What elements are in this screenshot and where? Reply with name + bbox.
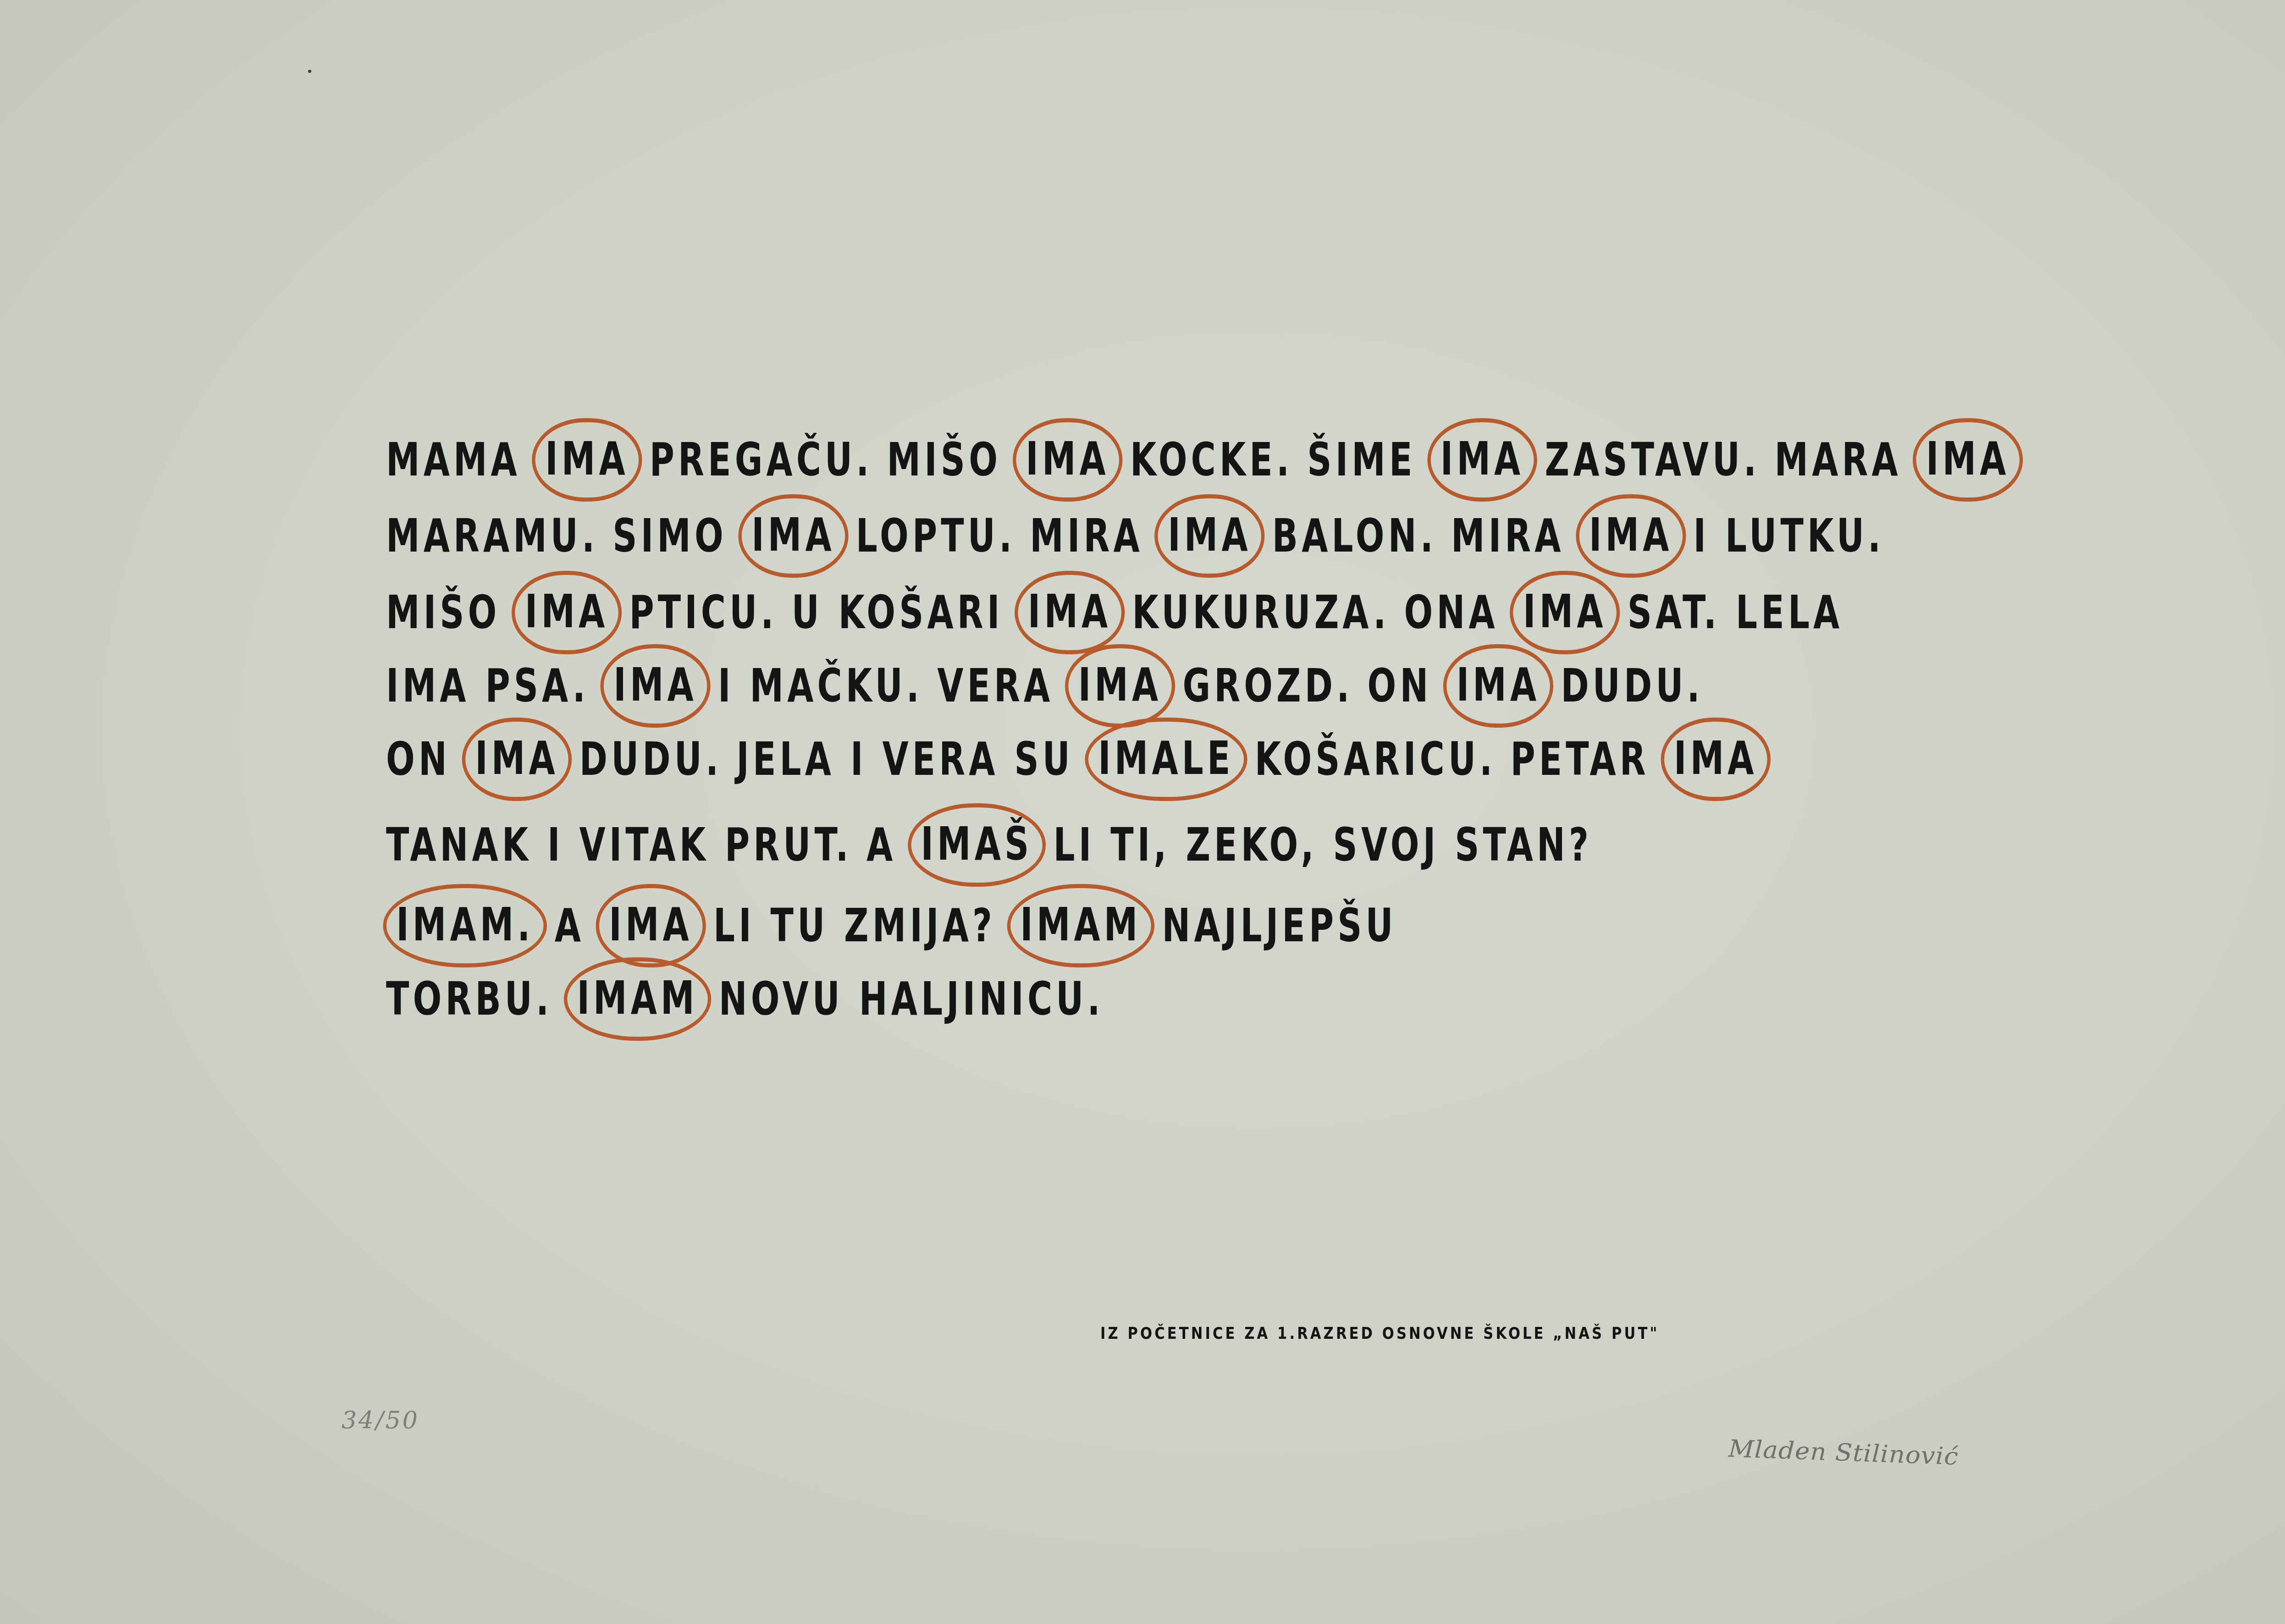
text-segment: MAMA: [386, 437, 521, 483]
text-segment: LI TU ZMIJA?: [713, 903, 996, 949]
circled-word: IMA: [1427, 418, 1537, 502]
text-segment: ŠIME: [1307, 437, 1416, 483]
edition-number: 34/50: [342, 1407, 419, 1434]
text-segment: ON: [1368, 663, 1432, 709]
text-segment: PREGAČU.: [650, 437, 873, 483]
circled-word: IMA: [1576, 494, 1686, 578]
circled-word: IMA: [596, 884, 706, 967]
text-segment: JELA I VERA SU: [736, 736, 1074, 782]
text-segment: U KOŠARI: [792, 590, 1004, 635]
text-segment: GROZD.: [1182, 663, 1353, 709]
text-segment: MARA: [1775, 437, 1902, 483]
circled-word: IMA: [512, 571, 622, 654]
text-segment: ONA: [1404, 590, 1499, 635]
text-segment: SIMO: [613, 513, 727, 559]
text-segment: LOPTU.: [856, 513, 1016, 559]
circled-word: IMA: [1510, 571, 1620, 654]
text-segment: IMA PSA.: [386, 663, 589, 709]
text-segment: MIŠO: [887, 437, 1001, 483]
circled-word: IMA: [1013, 418, 1123, 502]
circled-word: IMA: [1015, 571, 1125, 654]
artwork-text-block: MAMAIMAPREGAČU.MIŠOIMAKOCKE.ŠIMEIMAZASTA…: [0, 0, 2285, 1624]
text-segment: I LUTKU.: [1694, 513, 1885, 559]
text-line: ONIMADUDU.JELA I VERA SUIMALEKOŠARICU.PE…: [386, 718, 1778, 801]
circled-word: IMAŠ: [908, 803, 1046, 887]
circled-word: IMA: [462, 718, 572, 801]
circled-word: IMAM.: [383, 884, 547, 967]
circled-word: IMAM: [1007, 884, 1155, 967]
circled-word: IMALE: [1085, 718, 1247, 801]
text-line: TANAK I VITAK PRUT.AIMAŠLI TI, ZEKO, SVO…: [386, 803, 1606, 887]
text-segment: VERA: [937, 663, 1054, 709]
text-segment: LI TI, ZEKO, SVOJ STAN?: [1053, 822, 1592, 868]
circled-word: IMA: [1913, 418, 2023, 502]
text-segment: A: [867, 822, 896, 868]
source-caption: IZ POČETNICE ZA 1.RAZRED OSNOVNE ŠKOLE „…: [1100, 1324, 1659, 1343]
text-line: IMA PSA.IMAI MAČKU.VERAIMAGROZD.ONIMADUD…: [386, 644, 1718, 728]
circled-word: IMA: [738, 494, 848, 578]
text-segment: A: [555, 903, 585, 949]
circled-word: IMA: [1065, 644, 1175, 728]
text-segment: PTICU.: [629, 590, 777, 635]
text-segment: PETAR: [1510, 736, 1649, 782]
text-segment: BALON.: [1272, 513, 1437, 559]
text-segment: MIRA: [1451, 513, 1565, 559]
text-segment: I MAČKU.: [718, 663, 923, 709]
text-segment: SAT. LELA: [1628, 590, 1843, 635]
circled-word: IMA: [1661, 718, 1771, 801]
text-segment: NAJLJEPŠU: [1162, 903, 1397, 949]
circled-word: IMA: [1154, 494, 1264, 578]
text-segment: ZASTAVU.: [1545, 437, 1761, 483]
text-segment: MIRA: [1030, 513, 1143, 559]
circled-word: IMA: [1443, 644, 1553, 728]
text-segment: KOCKE.: [1130, 437, 1293, 483]
text-segment: DUDU.: [1561, 663, 1703, 709]
text-segment: MARAMU.: [386, 513, 598, 559]
circled-word: IMAM: [564, 957, 712, 1041]
text-line: MAMAIMAPREGAČU.MIŠOIMAKOCKE.ŠIMEIMAZASTA…: [386, 418, 2031, 502]
text-segment: TANAK I VITAK PRUT.: [386, 822, 852, 868]
text-segment: NOVU HALJINICU.: [719, 976, 1104, 1022]
text-line: IMAM.AIMALI TU ZMIJA?IMAMNAJLJEPŠU: [386, 884, 1411, 967]
text-line: TORBU.IMAMNOVU HALJINICU.: [386, 957, 1118, 1041]
text-line: MARAMU.SIMOIMALOPTU.MIRAIMABALON.MIRAIMA…: [386, 494, 1899, 578]
text-segment: DUDU.: [580, 736, 722, 782]
text-segment: KOŠARICU.: [1255, 736, 1496, 782]
circled-word: IMA: [532, 418, 642, 502]
text-segment: TORBU.: [386, 976, 552, 1022]
text-segment: ON: [386, 736, 451, 782]
text-segment: KUKURUZA.: [1132, 590, 1390, 635]
text-segment: MIŠO: [386, 590, 500, 635]
text-line: MIŠOIMAPTICU.U KOŠARIIMAKUKURUZA.ONAIMAS…: [386, 571, 1858, 654]
circled-word: IMA: [601, 644, 711, 728]
